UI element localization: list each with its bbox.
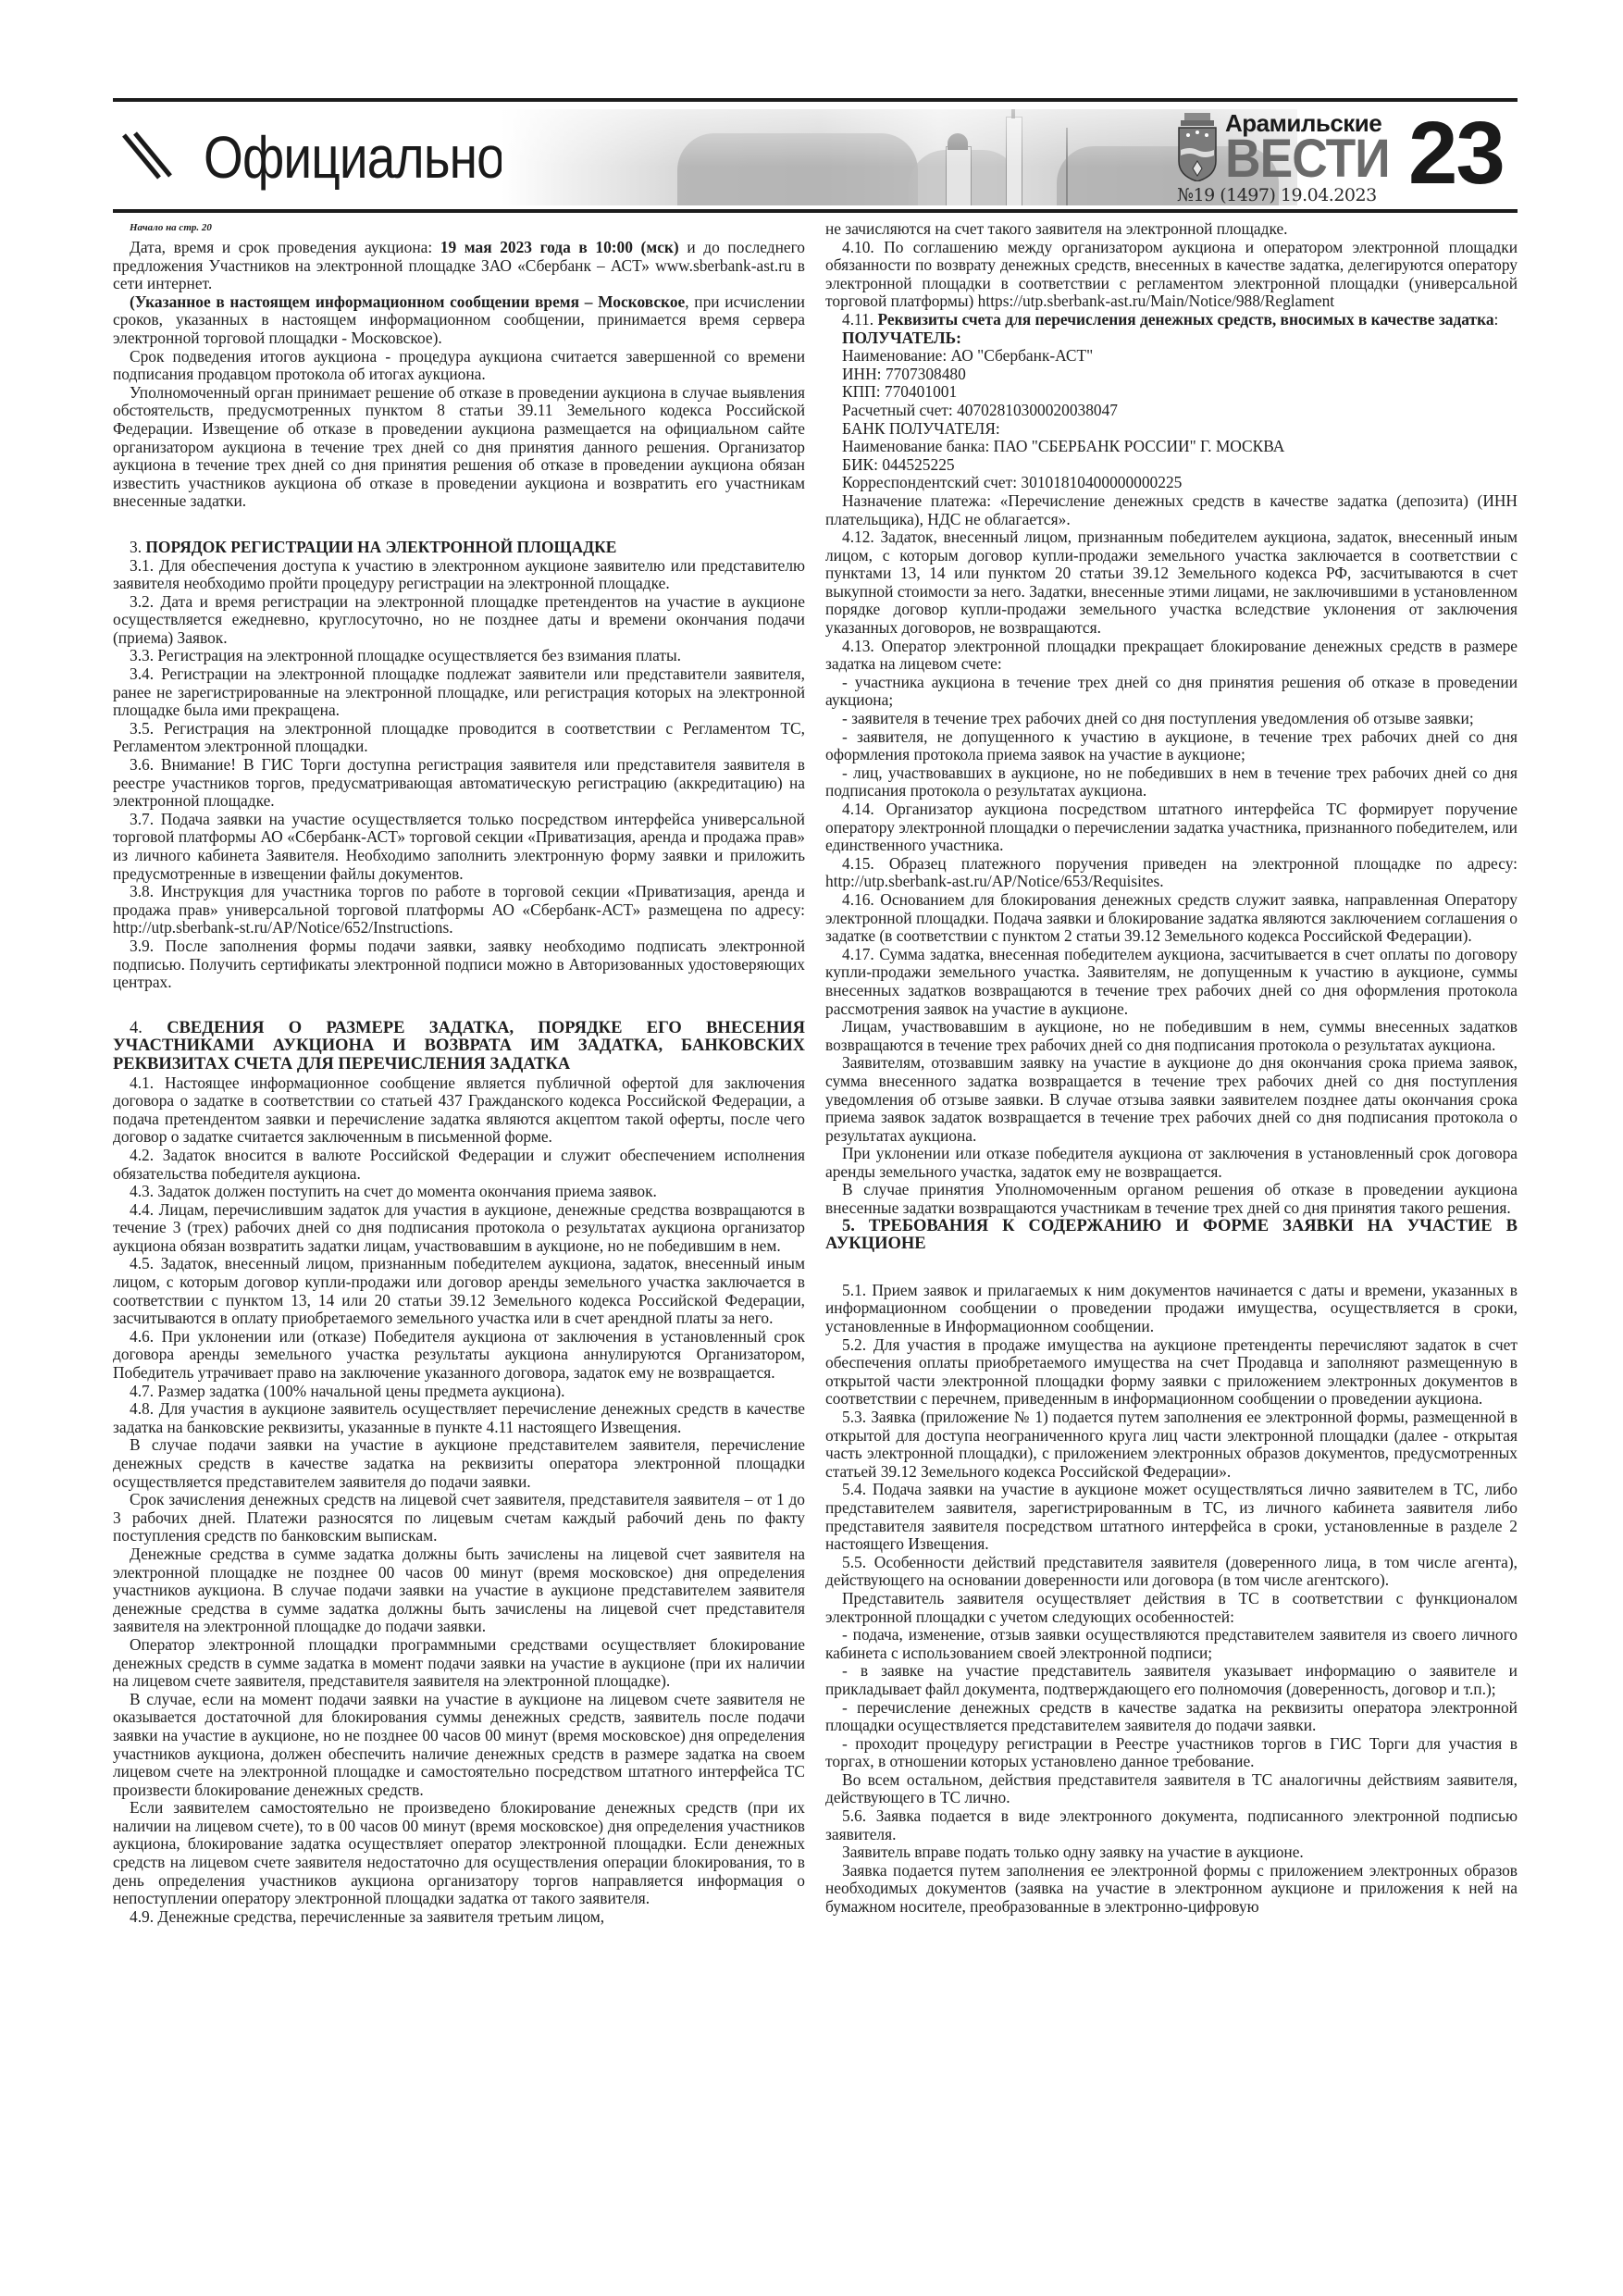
paragraph-5-5: 5.5. Особенности действий представителя … — [825, 1554, 1518, 1590]
paragraph-5-3: 5.3. Заявка (приложение № 1) подается пу… — [825, 1409, 1518, 1481]
recipient-account: Расчетный счет: 40702810300020038047 — [825, 402, 1518, 420]
paragraph-3-5: 3.5. Регистрация на электронной площадке… — [113, 720, 805, 756]
recipient-label: ПОЛУЧАТЕЛЬ: — [825, 329, 1518, 348]
paragraph-results: Срок подведения итогов аукциона - процед… — [113, 348, 805, 384]
paragraph-4-7: 4.7. Размер задатка (100% начальной цены… — [113, 1383, 805, 1401]
section-5-heading: 5. ТРЕБОВАНИЯ К СОДЕРЖАНИЮ И ФОРМЕ ЗАЯВК… — [825, 1218, 1518, 1254]
bank-requisites: ПОЛУЧАТЕЛЬ: Наименование: АО "Сбербанк-А… — [825, 329, 1518, 529]
issue-info: №19 (1497) 19.04.2023 — [1177, 185, 1377, 205]
paragraph-4-5: 4.5. Задаток, внесенный лицом, признанны… — [113, 1255, 805, 1327]
paragraph-5-5-item-b: - в заявке на участие представитель заяв… — [825, 1662, 1518, 1698]
continued-from-note: Начало на стр. 20 — [113, 220, 805, 235]
paragraph-4-2: 4.2. Задаток вносится в валюте Российско… — [113, 1147, 805, 1183]
paragraph-4-13: 4.13. Оператор электронной площадки прек… — [825, 638, 1518, 674]
paragraph-4-17-withdrawn: Заявителям, отозвавшим заявку на участие… — [825, 1054, 1518, 1145]
paragraph-4-8-insufficient: В случае, если на момент подачи заявки н… — [113, 1691, 805, 1800]
paragraph-4-8-operator-blocking: Если заявителем самостоятельно не произв… — [113, 1799, 805, 1908]
bank-label: БАНК ПОЛУЧАТЕЛЯ: — [825, 420, 1518, 439]
paragraph-5-5-item-a: - подача, изменение, отзыв заявки осущес… — [825, 1626, 1518, 1662]
paragraph-auction-date: Дата, время и срок проведения аукциона: … — [113, 239, 805, 293]
paragraph-5-6-one-application: Заявитель вправе подать только одну заяв… — [825, 1843, 1518, 1862]
paragraph-4-13-item-d: - лиц, участвовавших в аукционе, но не п… — [825, 764, 1518, 800]
paragraph-4-15: 4.15. Образец платежного поручения приве… — [825, 855, 1518, 891]
paragraph-5-5-rest: Во всем остальном, действия представител… — [825, 1771, 1518, 1807]
section-3-heading: 3. ПОРЯДОК РЕГИСТРАЦИИ НА ЭЛЕКТРОННОЙ ПЛ… — [113, 539, 805, 557]
paragraph-5-1: 5.1. Прием заявок и прилагаемых к ним до… — [825, 1282, 1518, 1336]
paragraph-refusal: Уполномоченный орган принимает решение о… — [113, 384, 805, 511]
paragraph-4-8-representative: В случае подачи заявки на участие в аукц… — [113, 1436, 805, 1491]
left-column: Начало на стр. 20 Дата, время и срок про… — [113, 220, 805, 1926]
paragraph-4-17-cancellation: В случае принятия Уполномоченным органом… — [825, 1181, 1518, 1217]
header-bottom-rule — [113, 209, 1518, 213]
paragraph-4-13-item-b: - заявителя в течение трех рабочих дней … — [825, 710, 1518, 728]
brand-main-text: ВЕСТИ — [1225, 130, 1390, 189]
paragraph-3-4: 3.4. Регистрации на электронной площадке… — [113, 665, 805, 720]
section-4-heading: 4. СВЕДЕНИЯ О РАЗМЕРЕ ЗАДАТКА, ПОРЯДКЕ Е… — [113, 1020, 805, 1074]
masthead: Официально Арамильские ВЕСТИ 23 — [113, 102, 1518, 209]
article-columns: Начало на стр. 20 Дата, время и срок про… — [113, 220, 1518, 1926]
paragraph-4-11: 4.11. Реквизиты счета для перечисления д… — [825, 311, 1518, 329]
paragraph-5-6: 5.6. Заявка подается в виде электронного… — [825, 1807, 1518, 1843]
paragraph-4-13-item-c: - заявителя, не допущенного к участию в … — [825, 728, 1518, 764]
double-slash-icon — [120, 130, 172, 181]
paragraph-4-4: 4.4. Лицам, перечислившим задаток для уч… — [113, 1201, 805, 1256]
bank-bik: БИК: 044525225 — [825, 456, 1518, 475]
paragraph-4-9-continued: не зачисляются на счет такого заявителя … — [825, 220, 1518, 239]
paragraph-5-5-item-c: - перечисление денежных средств в качест… — [825, 1699, 1518, 1735]
payment-purpose: Назначение платежа: «Перечисление денежн… — [825, 492, 1518, 528]
paragraph-4-17-evasion: При уклонении или отказе победителя аукц… — [825, 1145, 1518, 1181]
recipient-kpp: КПП: 770401001 — [825, 383, 1518, 402]
right-column: не зачисляются на счет такого заявителя … — [825, 220, 1518, 1926]
bank-corr-account: Корреспондентский счет: 3010181040000000… — [825, 474, 1518, 492]
paragraph-4-14: 4.14. Организатор аукциона посредством ш… — [825, 800, 1518, 855]
paragraph-4-13-item-a: - участника аукциона в течение трех дней… — [825, 674, 1518, 710]
recipient-inn: ИНН: 7707308480 — [825, 366, 1518, 384]
paragraph-5-6-electronic-form: Заявка подается путем заполнения ее элек… — [825, 1862, 1518, 1917]
paragraph-4-16: 4.16. Основанием для блокирования денежн… — [825, 891, 1518, 946]
paragraph-4-17-participants: Лицам, участвовавшим в аукционе, но не п… — [825, 1018, 1518, 1054]
paragraph-5-2: 5.2. Для участия в продаже имущества на … — [825, 1336, 1518, 1409]
paragraph-4-8-crediting-term: Срок зачисления денежных средств на лице… — [113, 1491, 805, 1545]
paragraph-3-7: 3.7. Подача заявки на участие осуществля… — [113, 811, 805, 883]
paragraph-3-1: 3.1. Для обеспечения доступа к участию в… — [113, 557, 805, 593]
newspaper-page: Официально Арамильские ВЕСТИ 23 — [113, 98, 1518, 213]
paragraph-4-9: 4.9. Денежные средства, перечисленные за… — [113, 1908, 805, 1927]
paragraph-4-12: 4.12. Задаток, внесенный лицом, признанн… — [825, 528, 1518, 638]
paragraph-4-1: 4.1. Настоящее информационное сообщение … — [113, 1074, 805, 1147]
paragraph-5-5-item-d: - проходит процедуру регистрации в Реест… — [825, 1735, 1518, 1771]
paragraph-4-8-blocking: Оператор электронной площадки программны… — [113, 1636, 805, 1691]
coat-of-arms-icon — [1177, 113, 1218, 181]
paragraph-3-2: 3.2. Дата и время регистрации на электро… — [113, 593, 805, 648]
paragraph-3-9: 3.9. После заполнения формы подачи заявк… — [113, 937, 805, 992]
page-number: 23 — [1408, 107, 1504, 200]
section-title: Официально — [204, 113, 504, 202]
paragraph-4-17: 4.17. Сумма задатка, внесенная победител… — [825, 946, 1518, 1018]
recipient-name: Наименование: АО "Сбербанк-АСТ" — [825, 347, 1518, 366]
paragraph-3-6: 3.6. Внимание! В ГИС Торги доступна реги… — [113, 756, 805, 811]
paragraph-4-6: 4.6. При уклонении или (отказе) Победите… — [113, 1328, 805, 1383]
paragraph-5-4: 5.4. Подача заявки на участие в аукционе… — [825, 1481, 1518, 1553]
paragraph-4-8-deadline: Денежные средства в сумме задатка должны… — [113, 1545, 805, 1636]
paragraph-4-8: 4.8. Для участия в аукционе заявитель ос… — [113, 1400, 805, 1436]
paragraph-4-10: 4.10. По соглашению между организатором … — [825, 239, 1518, 311]
paragraph-3-8: 3.8. Инструкция для участника торгов по … — [113, 883, 805, 937]
paragraph-time-note: (Указанное в настоящем информационном со… — [113, 293, 805, 348]
paragraph-4-3: 4.3. Задаток должен поступить на счет до… — [113, 1183, 805, 1201]
paragraph-3-3: 3.3. Регистрация на электронной площадке… — [113, 647, 805, 665]
newspaper-logo: Арамильские ВЕСТИ 23 №19 (1497) 19.04.20… — [1166, 107, 1518, 207]
bank-name: Наименование банка: ПАО "СБЕРБАНК РОССИИ… — [825, 438, 1518, 456]
paragraph-5-5-intro: Представитель заявителя осуществляет дей… — [825, 1590, 1518, 1626]
